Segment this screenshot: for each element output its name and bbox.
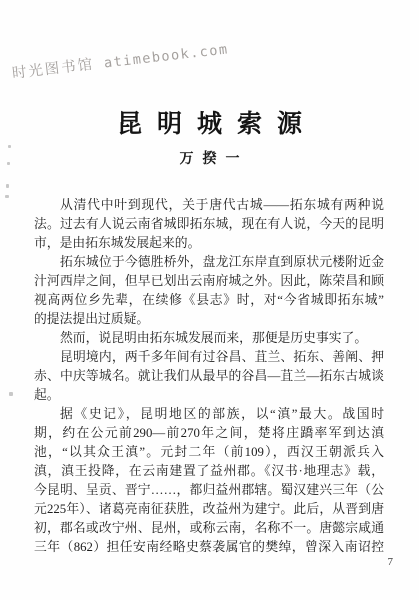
scan-artifact (5, 195, 9, 198)
text-line: 期，约在公元前290—前270年之间，楚将庄蹻率军到达滇 (34, 424, 384, 443)
text-line: 然而，说昆明由拓东城发展而来，那便是历史事实了。 (34, 329, 384, 348)
text-line: 滇，滇王投降，在云南建置了益州郡。《汉书·地理志》载， (34, 462, 384, 481)
text-line: 视高两位乡先辈，在续修《县志》时，对“今省城即拓东城” (34, 291, 384, 310)
scan-artifact (8, 145, 11, 148)
watermark-chinese-text: 时光图书馆 (11, 57, 95, 82)
watermark-url-text: atimebook.com (103, 41, 229, 71)
scan-artifact (9, 392, 13, 396)
library-watermark: 时光图书馆 atimebook.com (11, 37, 230, 83)
text-line: 池，“以其众王滇”。元封二年（前109），西汉王朝派兵入 (34, 443, 384, 462)
text-line: 昆明境内，两千多年间有过谷昌、苴兰、拓东、善阐、押 (34, 348, 384, 367)
text-line: 初，郡名或改宁州、昆州，或称云南，名称不一。唐懿宗咸通 (34, 519, 384, 538)
page-number: 7 (388, 556, 394, 568)
scan-artifact (6, 184, 9, 188)
text-line: 三年（862）担任安南经略史蔡袭属官的樊绰，曾深入南诏控 (34, 538, 384, 557)
text-line: 元225年）、诸葛亮南征获胜，改益州为建宁。此后，从晋到唐 (34, 500, 384, 519)
text-line: 从清代中叶到现代，关于唐代古城——拓东城有两种说 (34, 196, 384, 215)
text-line: 法。过去有人说云南省城即拓东城，现在有人说，今天的昆明 (34, 215, 384, 234)
text-line: 据《史记》，昆明地区的部族，以“滇”最大。战国时 (34, 405, 384, 424)
text-line: 今昆明、呈贡、晋宁……，都归益州郡辖。蜀汉建兴三年（公 (34, 481, 384, 500)
article-body: 从清代中叶到现代，关于唐代古城——拓东城有两种说 法。过去有人说云南省城即拓东城… (34, 196, 384, 557)
text-line: 拓东城位于今德胜桥外，盘龙江东岸直到原状元楼附近金 (34, 253, 384, 272)
author-name: 万揆一 (0, 148, 419, 168)
text-line: 的提法提出过质疑。 (34, 310, 384, 329)
scan-artifact (7, 162, 10, 165)
scanned-book-page: 时光图书馆 atimebook.com 昆明城索源 万揆一 从清代中叶到现代，关… (0, 0, 419, 600)
text-line: 汁河西岸之间，但早已划出云南府城之外。因此，陈荣昌和顾 (34, 272, 384, 291)
text-line: 市，是由拓东城发展起来的。 (34, 234, 384, 253)
text-line: 赤、中庆等城名。就让我们从最早的谷昌—苴兰—拓东古城谈 (34, 367, 384, 386)
page-title: 昆明城索源 (0, 104, 419, 140)
text-line: 起。 (34, 386, 384, 405)
